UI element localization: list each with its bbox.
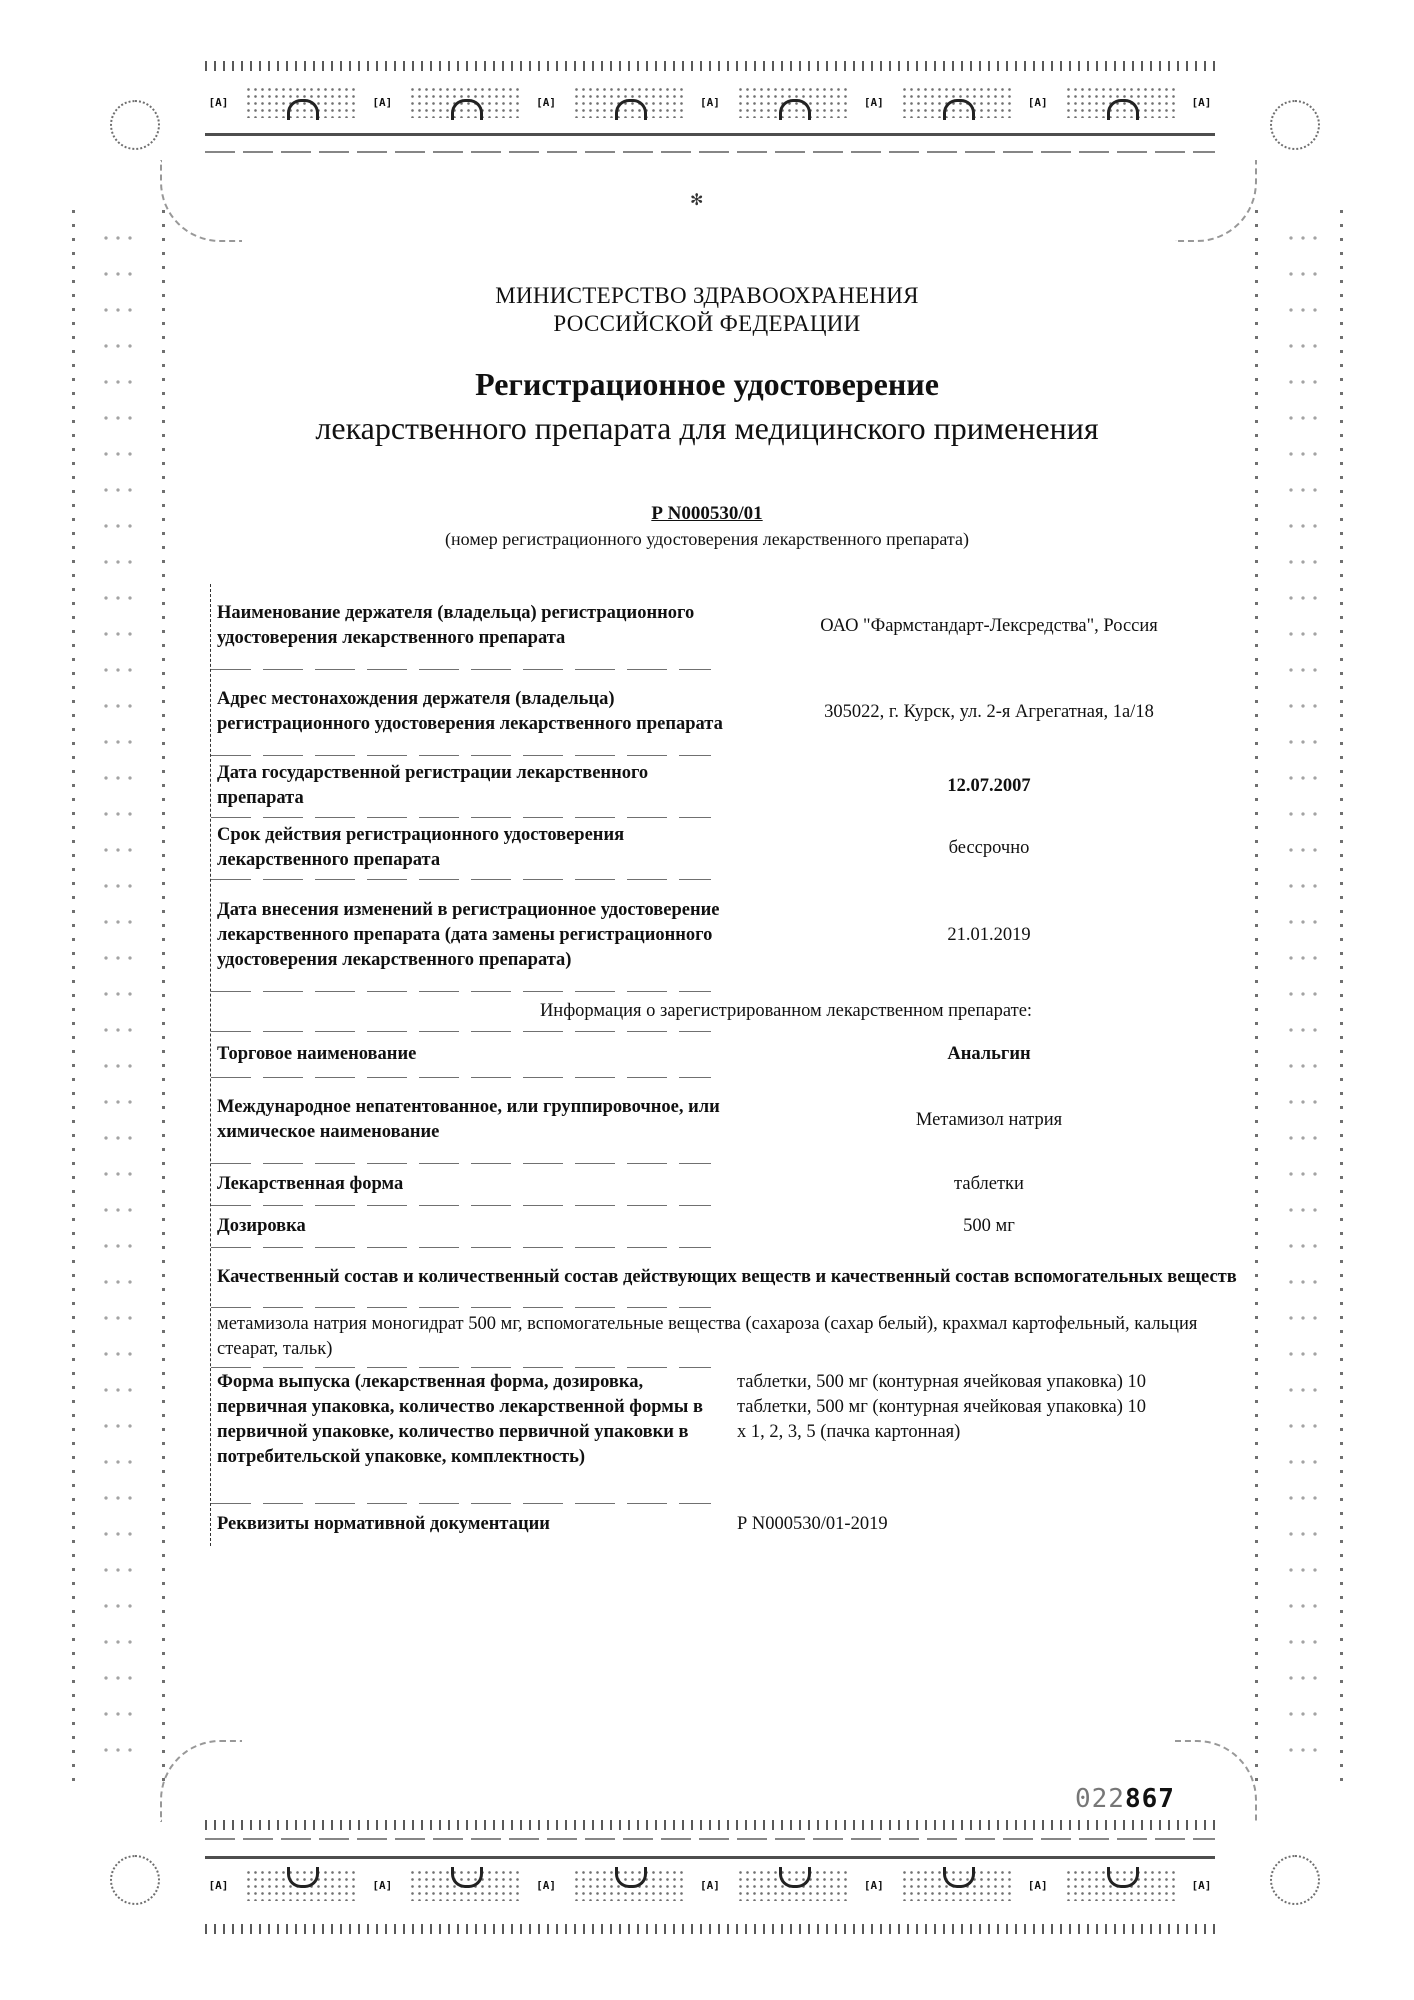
registration-number-caption: (номер регистрационного удостоверения ле…	[0, 529, 1414, 550]
serial-prefix: 022	[1075, 1784, 1125, 1814]
border-marker: [A]	[1192, 1879, 1212, 1892]
border-marker: [A]	[372, 1879, 392, 1892]
row-label: Наименование держателя (владельца) регис…	[217, 601, 737, 651]
border-tick-row	[205, 61, 1215, 71]
release-form-value: таблетки, 500 мг (контурная ячейковая уп…	[722, 1370, 1241, 1445]
row-label: Дата государственной регистрации лекарст…	[217, 761, 737, 811]
table-row-trade-name: Торговое наименование Анальгин	[211, 1032, 1241, 1078]
border-marker: [A]	[536, 1879, 556, 1892]
form-serial-number: 022867	[1075, 1784, 1175, 1814]
row-label: Лекарственная форма	[217, 1172, 737, 1197]
release-form-line: таблетки, 500 мг (контурная ячейковая уп…	[737, 1395, 1241, 1420]
serial-suffix: 867	[1125, 1784, 1175, 1814]
row-label: Дата внесения изменений в регистрационно…	[217, 898, 737, 973]
table-row-amendment-date: Дата внесения изменений в регистрационно…	[211, 880, 1241, 992]
row-label: Реквизиты нормативной документации	[217, 1512, 722, 1537]
row-value: 305022, г. Курск, ул. 2-я Агрегатная, 1а…	[737, 700, 1241, 725]
border-marker: [A]	[372, 96, 392, 109]
border-marker: [A]	[208, 1879, 228, 1892]
border-marker: [A]	[1192, 96, 1212, 109]
row-value: 12.07.2007	[737, 774, 1241, 799]
table-row-release-form: Форма выпуска (лекарственная форма, дози…	[211, 1368, 1241, 1504]
composition-text: метамизола натрия моногидрат 500 мг, всп…	[217, 1312, 1241, 1362]
row-label: Дозировка	[217, 1214, 737, 1239]
ministry-line-2: РОССИЙСКОЙ ФЕДЕРАЦИИ	[0, 310, 1414, 338]
row-value: 21.01.2019	[737, 923, 1241, 948]
border-rule	[205, 1856, 1215, 1859]
border-motif	[399, 1863, 529, 1907]
row-value: Анальгин	[737, 1042, 1241, 1067]
row-label: Форма выпуска (лекарственная форма, дози…	[217, 1370, 722, 1470]
border-marker: [A]	[536, 96, 556, 109]
corner-rosette-icon	[1270, 100, 1320, 150]
border-rule	[205, 1838, 1215, 1840]
info-heading: Информация о зарегистрированном лекарств…	[211, 999, 1241, 1024]
right-border-pattern	[1285, 220, 1325, 1780]
border-marker: [A]	[208, 96, 228, 109]
table-row-dosage-form: Лекарственная форма таблетки	[211, 1164, 1241, 1206]
certificate-table: Наименование держателя (владельца) регис…	[210, 584, 1241, 1546]
border-marker: [A]	[864, 96, 884, 109]
row-value: Р N000530/01-2019	[722, 1512, 1241, 1537]
border-tick-row	[205, 1820, 1215, 1830]
title-line-2: лекарственного препарата для медицинског…	[0, 406, 1414, 450]
table-row-composition-heading: Качественный состав и количественный сос…	[211, 1248, 1241, 1308]
table-row-dosage: Дозировка 500 мг	[211, 1206, 1241, 1248]
row-label: Международное непатентованное, или групп…	[217, 1095, 737, 1145]
release-form-line: таблетки, 500 мг (контурная ячейковая уп…	[737, 1370, 1241, 1395]
row-label: Срок действия регистрационного удостовер…	[217, 823, 737, 873]
ministry-line-1: МИНИСТЕРСТВО ЗДРАВООХРАНЕНИЯ	[0, 282, 1414, 310]
row-value: бессрочно	[737, 836, 1241, 861]
border-rule	[205, 151, 1215, 153]
border-motif	[235, 80, 365, 124]
row-value: 500 мг	[737, 1214, 1241, 1239]
row-value: Метамизол натрия	[737, 1108, 1241, 1133]
table-row-composition: метамизола натрия моногидрат 500 мг, всп…	[211, 1308, 1241, 1368]
corner-flourish	[160, 160, 242, 242]
corner-rosette-icon	[110, 100, 160, 150]
corner-flourish	[160, 1740, 242, 1822]
title-line-1: Регистрационное удостоверение	[0, 362, 1414, 406]
border-motif	[891, 1863, 1021, 1907]
border-motif	[727, 1863, 857, 1907]
border-motif	[563, 80, 693, 124]
corner-rosette-icon	[110, 1855, 160, 1905]
left-border-pattern	[100, 220, 140, 1780]
table-row-holder-name: Наименование держателя (владельца) регис…	[211, 584, 1241, 670]
border-marker: [A]	[1028, 1879, 1048, 1892]
row-value: ОАО "Фармстандарт-Лексредства", Россия	[737, 614, 1241, 639]
corner-flourish	[1175, 1740, 1257, 1822]
border-motif	[563, 1863, 693, 1907]
table-row-holder-address: Адрес местонахождения держателя (владель…	[211, 670, 1241, 756]
border-motif-row: [A] [A] [A] [A] [A] [A] [A]	[205, 77, 1215, 127]
row-label: Торговое наименование	[217, 1042, 737, 1067]
border-motif	[891, 80, 1021, 124]
table-row-registration-date: Дата государственной регистрации лекарст…	[211, 756, 1241, 818]
border-motif	[1055, 80, 1185, 124]
corner-rosette-icon	[1270, 1855, 1320, 1905]
row-value: таблетки	[737, 1172, 1241, 1197]
table-row-info-heading: Информация о зарегистрированном лекарств…	[211, 992, 1241, 1032]
corner-flourish	[1175, 160, 1257, 242]
border-rule	[205, 133, 1215, 136]
document-title: Регистрационное удостоверение лекарствен…	[0, 362, 1414, 450]
bottom-ornamental-border: [A] [A] [A] [A] [A] [A] [A]	[205, 1820, 1215, 1910]
table-row-normative-docs: Реквизиты нормативной документации Р N00…	[211, 1504, 1241, 1546]
center-emblem-mark-icon: ✻	[690, 190, 703, 210]
border-marker: [A]	[700, 96, 720, 109]
border-motif	[1055, 1863, 1185, 1907]
border-motif	[727, 80, 857, 124]
border-motif	[235, 1863, 365, 1907]
table-row-inn: Международное непатентованное, или групп…	[211, 1078, 1241, 1164]
composition-heading: Качественный состав и количественный сос…	[217, 1265, 1241, 1290]
border-marker: [A]	[864, 1879, 884, 1892]
ministry-name: МИНИСТЕРСТВО ЗДРАВООХРАНЕНИЯ РОССИЙСКОЙ …	[0, 282, 1414, 338]
top-ornamental-border: [A] [A] [A] [A] [A] [A] [A]	[205, 55, 1215, 145]
border-tick-row	[205, 1924, 1215, 1934]
border-motif	[399, 80, 529, 124]
registration-number: Р N000530/01	[0, 503, 1414, 525]
release-form-line: x 1, 2, 3, 5 (пачка картонная)	[737, 1420, 1241, 1445]
border-motif-row: [A] [A] [A] [A] [A] [A] [A]	[205, 1860, 1215, 1910]
border-marker: [A]	[700, 1879, 720, 1892]
row-label: Адрес местонахождения держателя (владель…	[217, 687, 737, 737]
border-marker: [A]	[1028, 96, 1048, 109]
table-row-validity: Срок действия регистрационного удостовер…	[211, 818, 1241, 880]
